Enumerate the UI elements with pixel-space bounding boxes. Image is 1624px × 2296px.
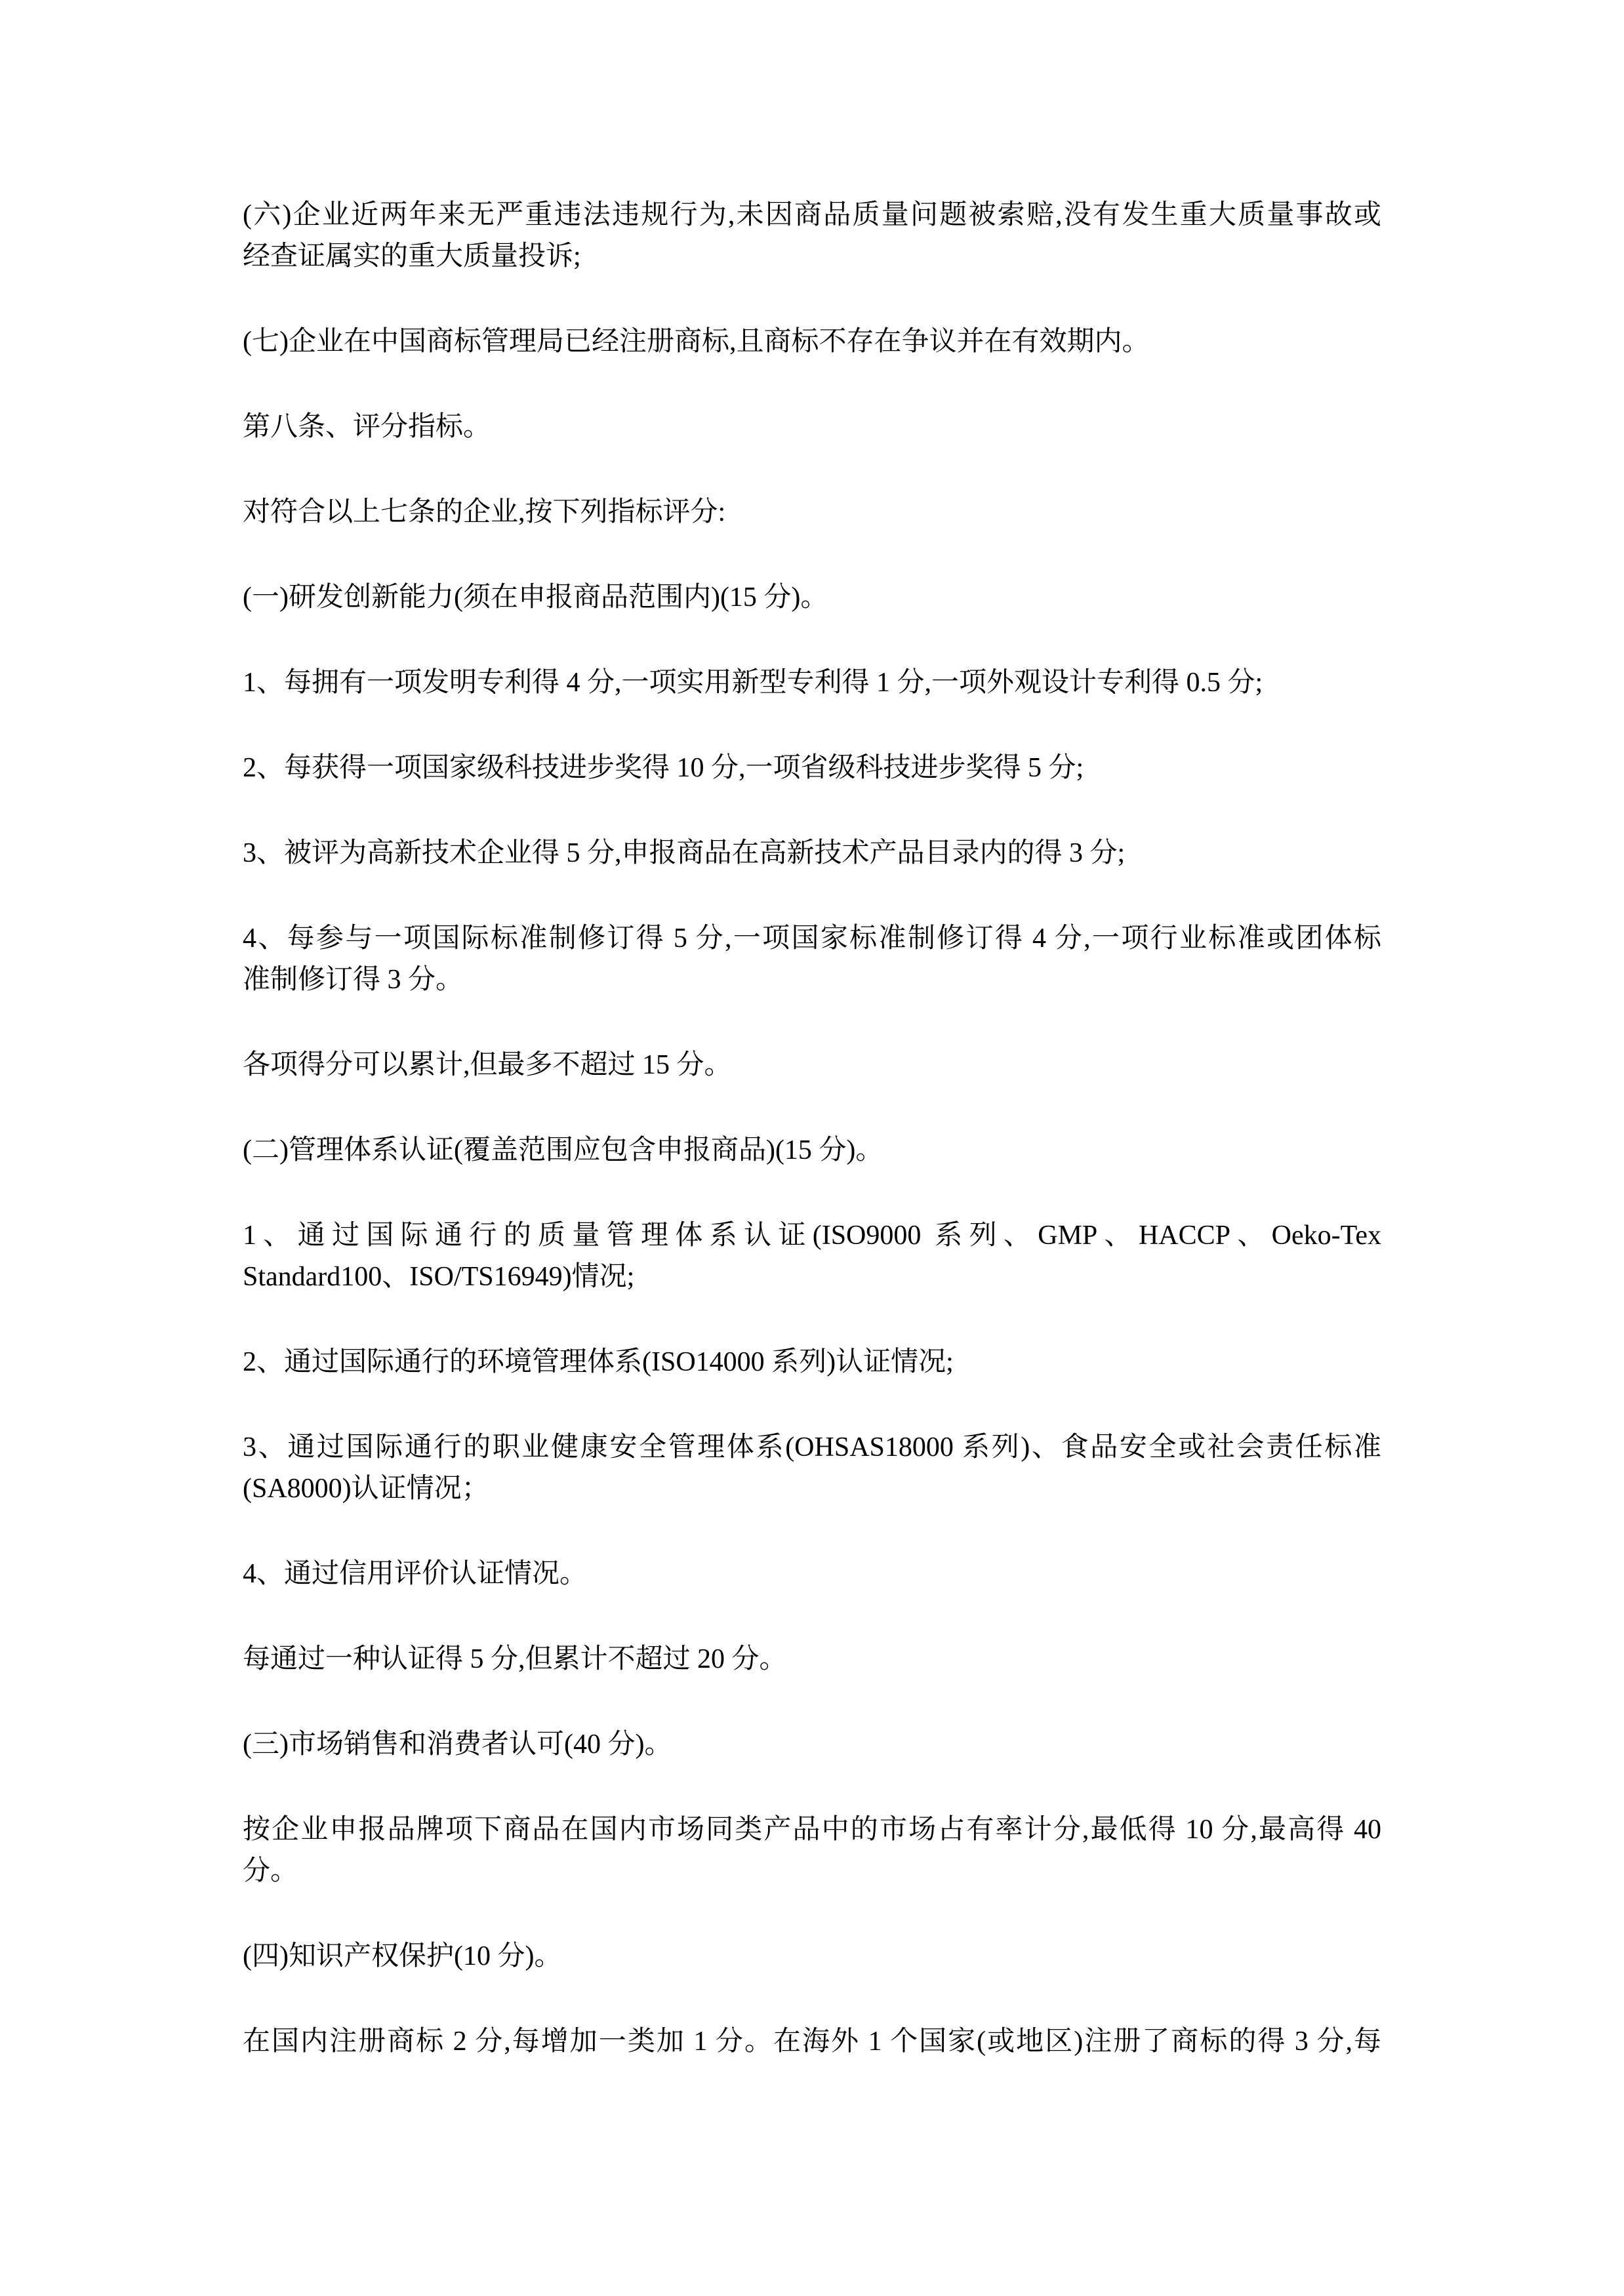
paragraph: 第八条、评分指标。 <box>243 407 1381 448</box>
text-line: 分。 <box>243 1851 1381 1892</box>
paragraph: 1、通过国际通行的质量管理体系认证(ISO9000 系列、GMP、HACCP、O… <box>243 1215 1381 1298</box>
text-line: 对符合以上七条的企业,按下列指标评分: <box>243 492 1381 533</box>
text-line: 2、通过国际通行的环境管理体系(ISO14000 系列)认证情况; <box>243 1342 1381 1383</box>
paragraph: (七)企业在中国商标管理局已经注册商标,且商标不存在争议并在有效期内。 <box>243 321 1381 363</box>
paragraph: 4、每参与一项国际标准制修订得 5 分,一项国家标准制修订得 4 分,一项行业标… <box>243 918 1381 1001</box>
paragraph: 3、被评为高新技术企业得 5 分,申报商品在高新技术产品目录内的得 3 分; <box>243 833 1381 874</box>
text-line: 第八条、评分指标。 <box>243 407 1381 448</box>
paragraph: (一)研发创新能力(须在申报商品范围内)(15 分)。 <box>243 577 1381 618</box>
document-body: (六)企业近两年来无严重违法违规行为,未因商品质量问题被索赔,没有发生重大质量事… <box>243 195 1381 2063</box>
text-line: 1、通过国际通行的质量管理体系认证(ISO9000 系列、GMP、HACCP、O… <box>243 1215 1381 1257</box>
paragraph: 3、通过国际通行的职业健康安全管理体系(OHSAS18000 系列)、食品安全或… <box>243 1427 1381 1510</box>
paragraph: (六)企业近两年来无严重违法违规行为,未因商品质量问题被索赔,没有发生重大质量事… <box>243 195 1381 277</box>
text-line: 经查证属实的重大质量投诉; <box>243 236 1381 277</box>
text-line: 在国内注册商标 2 分,每增加一类加 1 分。在海外 1 个国家(或地区)注册了… <box>243 2021 1381 2063</box>
text-line: 准制修订得 3 分。 <box>243 959 1381 1001</box>
paragraph: 对符合以上七条的企业,按下列指标评分: <box>243 492 1381 533</box>
text-line: (二)管理体系认证(覆盖范围应包含申报商品)(15 分)。 <box>243 1130 1381 1171</box>
text-line: 3、通过国际通行的职业健康安全管理体系(OHSAS18000 系列)、食品安全或… <box>243 1427 1381 1468</box>
text-line: 3、被评为高新技术企业得 5 分,申报商品在高新技术产品目录内的得 3 分; <box>243 833 1381 874</box>
paragraph: 在国内注册商标 2 分,每增加一类加 1 分。在海外 1 个国家(或地区)注册了… <box>243 2021 1381 2063</box>
paragraph: 2、通过国际通行的环境管理体系(ISO14000 系列)认证情况; <box>243 1342 1381 1383</box>
paragraph: 1、每拥有一项发明专利得 4 分,一项实用新型专利得 1 分,一项外观设计专利得… <box>243 662 1381 704</box>
text-line: (SA8000)认证情况； <box>243 1468 1381 1510</box>
document-page: (六)企业近两年来无严重违法违规行为,未因商品质量问题被索赔,没有发生重大质量事… <box>0 0 1624 2296</box>
paragraph: 每通过一种认证得 5 分,但累计不超过 20 分。 <box>243 1639 1381 1680</box>
text-line: 每通过一种认证得 5 分,但累计不超过 20 分。 <box>243 1639 1381 1680</box>
text-line: 各项得分可以累计,但最多不超过 15 分。 <box>243 1045 1381 1086</box>
paragraph: (三)市场销售和消费者认可(40 分)。 <box>243 1724 1381 1765</box>
paragraph: 各项得分可以累计,但最多不超过 15 分。 <box>243 1045 1381 1086</box>
text-line: 1、每拥有一项发明专利得 4 分,一项实用新型专利得 1 分,一项外观设计专利得… <box>243 662 1381 704</box>
paragraph: 4、通过信用评价认证情况。 <box>243 1554 1381 1595</box>
text-line: 按企业申报品牌项下商品在国内市场同类产品中的市场占有率计分,最低得 10 分,最… <box>243 1809 1381 1851</box>
text-line: Standard100、ISO/TS16949)情况; <box>243 1257 1381 1298</box>
text-line: (三)市场销售和消费者认可(40 分)。 <box>243 1724 1381 1765</box>
text-line: 4、每参与一项国际标准制修订得 5 分,一项国家标准制修订得 4 分,一项行业标… <box>243 918 1381 959</box>
paragraph: 按企业申报品牌项下商品在国内市场同类产品中的市场占有率计分,最低得 10 分,最… <box>243 1809 1381 1892</box>
text-line: (六)企业近两年来无严重违法违规行为,未因商品质量问题被索赔,没有发生重大质量事… <box>243 195 1381 236</box>
text-line: (七)企业在中国商标管理局已经注册商标,且商标不存在争议并在有效期内。 <box>243 321 1381 363</box>
text-line: 2、每获得一项国家级科技进步奖得 10 分,一项省级科技进步奖得 5 分; <box>243 748 1381 789</box>
text-line: (四)知识产权保护(10 分)。 <box>243 1936 1381 1977</box>
text-line: 4、通过信用评价认证情况。 <box>243 1554 1381 1595</box>
paragraph: (二)管理体系认证(覆盖范围应包含申报商品)(15 分)。 <box>243 1130 1381 1171</box>
paragraph: 2、每获得一项国家级科技进步奖得 10 分,一项省级科技进步奖得 5 分; <box>243 748 1381 789</box>
paragraph: (四)知识产权保护(10 分)。 <box>243 1936 1381 1977</box>
text-line: (一)研发创新能力(须在申报商品范围内)(15 分)。 <box>243 577 1381 618</box>
